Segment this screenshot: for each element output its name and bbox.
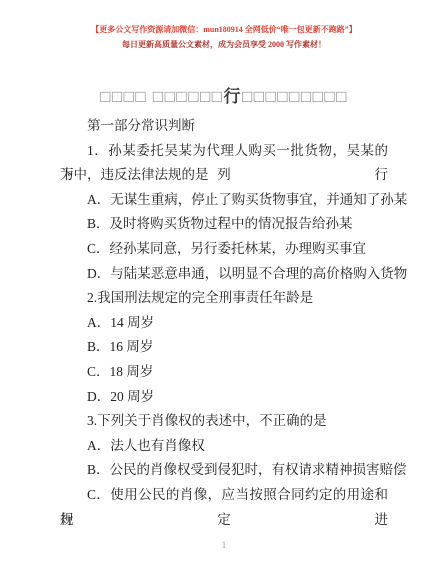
question-3-option-a: A．法人也有肖像权 <box>60 434 388 459</box>
question-3-stem: 3.下列关于肖像权的表述中，不正确的是 <box>60 409 388 434</box>
page-number: 1 <box>0 540 448 550</box>
document-body: 第一部分常识判断 1．孙某委托吴某为代理人购买一批货物，吴某的下列行 为中，违反… <box>60 114 388 532</box>
section-heading: 第一部分常识判断 <box>60 114 388 139</box>
title-missing-glyphs-left: □□□□ □□□□□□ <box>100 87 223 106</box>
question-1-stem-line-1: 1．孙某委托吴某为代理人购买一批货物，吴某的下列行 <box>60 139 388 164</box>
document-title: □□□□ □□□□□□行□□□□□□□□□ <box>0 82 448 107</box>
question-1-option-b: B．及时将购买货物过程中的情况报告给孙某 <box>60 212 388 237</box>
question-1-option-d: D．与陆某恶意串通，以明显不合理的高价格购入货物 <box>60 262 388 287</box>
question-3-option-b: B．公民的肖像权受到侵犯时，有权请求精神损害赔偿 <box>60 458 388 483</box>
question-2-option-a: A．14 周岁 <box>60 311 388 336</box>
question-2-option-c: C．18 周岁 <box>60 360 388 385</box>
title-known-char: 行 <box>224 87 243 106</box>
question-1-option-c: C．经孙某同意，另行委托林某，办理购买事宜 <box>60 237 388 262</box>
title-missing-glyphs-right: □□□□□□□□□ <box>242 87 348 106</box>
watermark-header: 【更多公文写作资源请加微信：mun180914 全网低价“唯一包更新不跑路”】 … <box>0 24 448 50</box>
question-2-option-d: D．20 周岁 <box>60 385 388 410</box>
question-2-stem: 2.我国刑法规定的完全刑事责任年龄是 <box>60 286 388 311</box>
question-3-option-c-line-1: C．使用公民的肖像，应当按照合同约定的用途和规定进 <box>60 483 388 508</box>
question-1-option-a: A．无谋生重病，停止了购买货物事宜，并通知了孙某 <box>60 188 388 213</box>
watermark-line-1: 【更多公文写作资源请加微信：mun180914 全网低价“唯一包更新不跑路”】 <box>0 24 448 36</box>
document-page: 【更多公文写作资源请加微信：mun180914 全网低价“唯一包更新不跑路”】 … <box>0 0 448 580</box>
watermark-line-2: 每日更新高质量公文素材，成为会员享受 2000 写作素材！ <box>0 39 448 50</box>
question-2-option-b: B．16 周岁 <box>60 335 388 360</box>
